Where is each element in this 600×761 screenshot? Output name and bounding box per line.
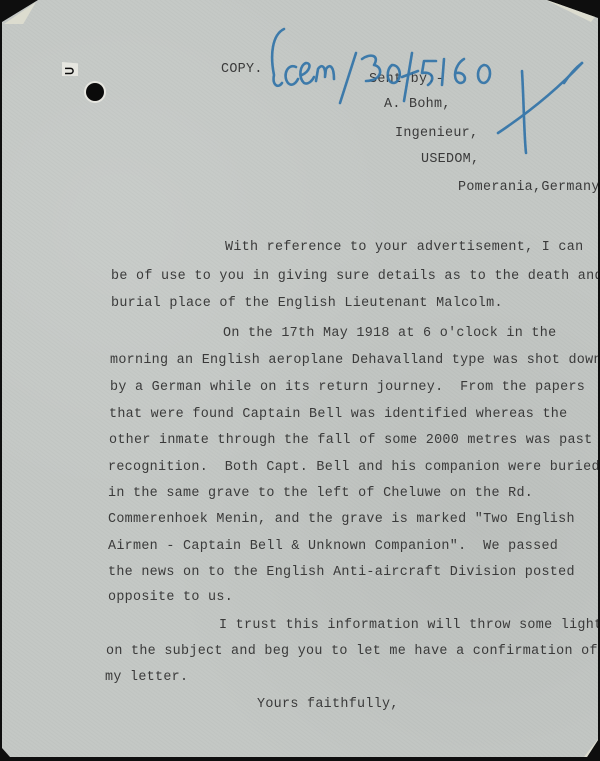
body-line: On the 17th May 1918 at 6 o'clock in the <box>223 327 556 340</box>
body-line: opposite to us. <box>108 591 233 604</box>
folded-corner-top-left <box>4 2 36 24</box>
body-line: that were found Captain Bell was identif… <box>109 408 567 421</box>
body-line: burial place of the English Lieutenant M… <box>111 297 503 310</box>
body-line: by a German while on its return journey.… <box>110 381 585 394</box>
sender-title: Ingenieur, <box>395 127 478 140</box>
handwritten-annotation-icon <box>252 25 592 165</box>
letter-page: ⊃ COPY. Sent by:- A. Bohm, Ingenieur, US… <box>2 0 598 757</box>
margin-mark: ⊃ <box>62 62 78 76</box>
body-line: other inmate through the fall of some 20… <box>109 434 592 447</box>
sender-name: A. Bohm, <box>384 98 451 111</box>
punch-hole <box>86 83 104 101</box>
body-line: my letter. <box>105 671 188 684</box>
body-line: recognition. Both Capt. Bell and his com… <box>108 461 600 474</box>
body-line: With reference to your advertisement, I … <box>225 241 583 254</box>
body-line: Commerenhoek Menin, and the grave is mar… <box>108 513 575 526</box>
sender-region: Pomerania,Germany. <box>458 181 600 194</box>
body-line: morning an English aeroplane Dehavalland… <box>110 354 600 367</box>
copy-label: COPY. <box>221 63 263 76</box>
sender-place: USEDOM, <box>421 153 479 166</box>
body-line: on the subject and beg you to let me hav… <box>106 645 598 658</box>
folded-corner-top-right <box>546 0 596 22</box>
body-line: in the same grave to the left of Cheluwe… <box>108 487 533 500</box>
body-line: Airmen - Captain Bell & Unknown Companio… <box>108 540 558 553</box>
body-line: the news on to the English Anti-aircraft… <box>108 566 575 579</box>
closing: Yours faithfully, <box>257 698 399 711</box>
folded-corner-bottom-right <box>584 739 598 757</box>
sent-by-label: Sent by:- <box>369 73 444 86</box>
body-line: I trust this information will throw some… <box>219 619 600 632</box>
body-line: be of use to you in giving sure details … <box>111 270 600 283</box>
